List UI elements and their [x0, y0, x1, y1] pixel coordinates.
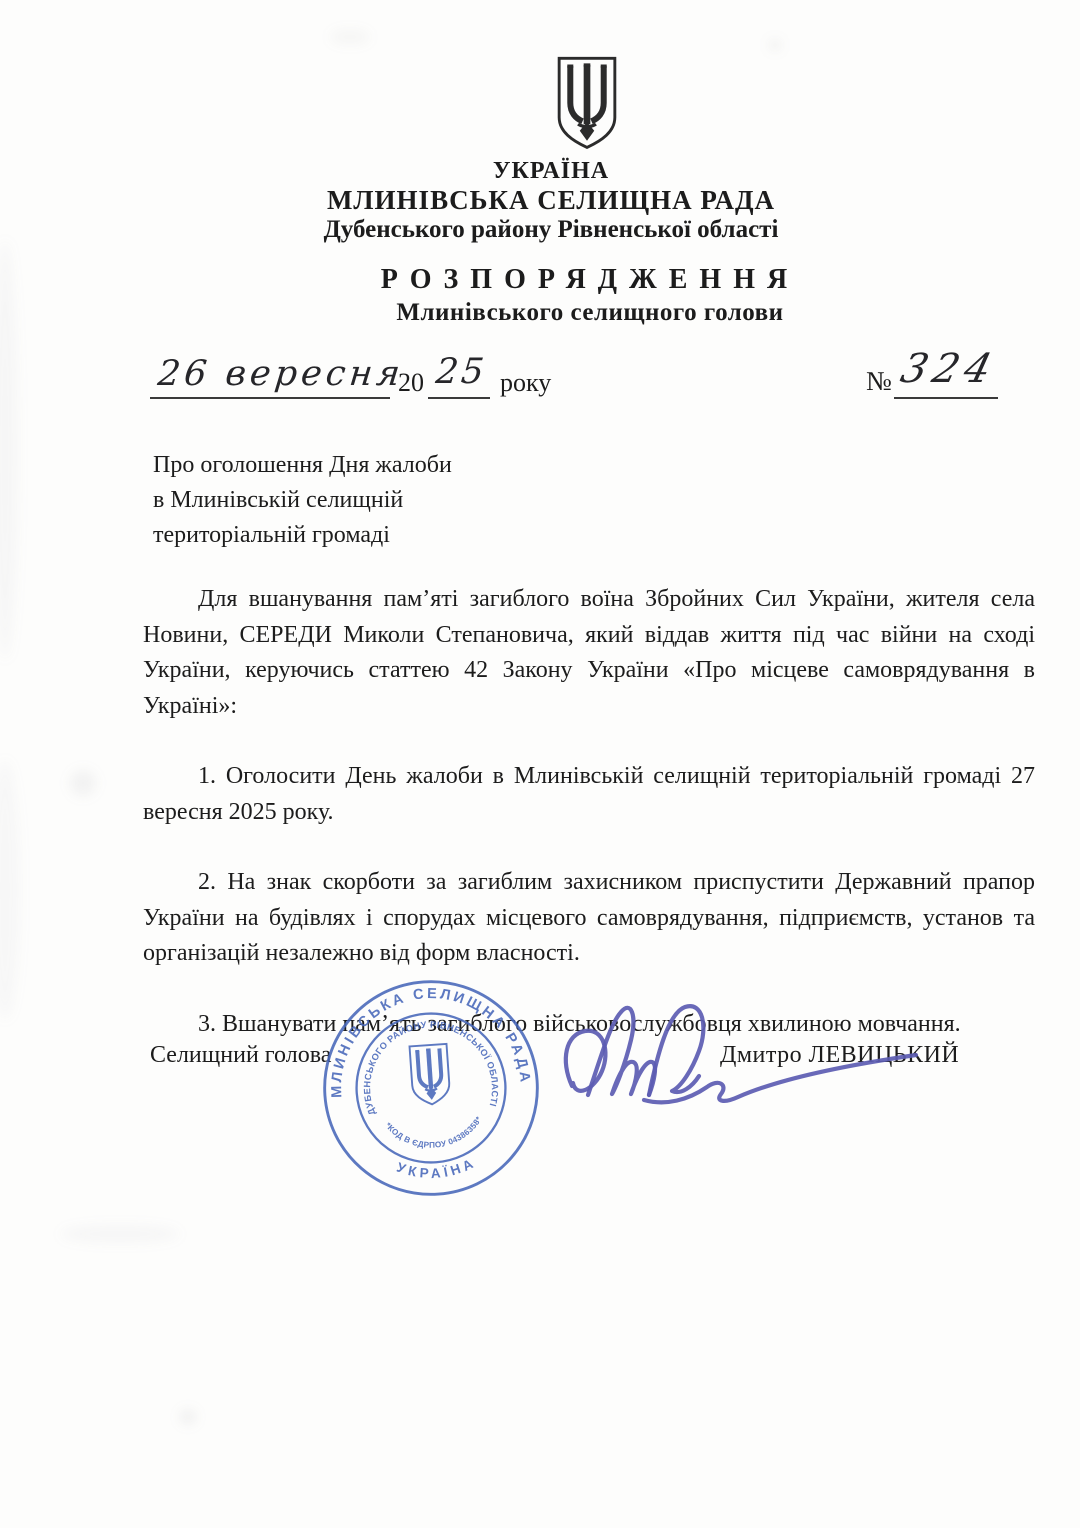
coat-of-arms-trident-icon [551, 55, 623, 153]
scan-artifact [330, 30, 370, 44]
scan-artifact [60, 1225, 180, 1243]
svg-text:МЛИНІВСЬКА СЕЛИЩНА РАДА: МЛИНІВСЬКА СЕЛИЩНА РАДА [322, 979, 533, 1099]
date-underline [150, 397, 390, 399]
seal-trident-icon [410, 1044, 451, 1106]
scan-artifact [180, 1410, 196, 1424]
handwritten-date: 26 вересня [156, 354, 406, 394]
date-and-number-row: 26 вересня 20 25 року № 324 [0, 352, 1080, 412]
number-underline [894, 397, 998, 399]
district-name: Дубенського району Рівненської області [22, 215, 1080, 245]
subject-line: в Млинівській селищній [153, 483, 452, 518]
seal-outer-top-text: МЛИНІВСЬКА СЕЛИЩНА РАДА [322, 979, 533, 1099]
order-item-1: 1. Оголосити День жалоби в Млинівській с… [143, 759, 1035, 830]
handwritten-number: 324 [896, 346, 1002, 392]
letterhead: УКРАЇНА МЛИНІВСЬКА СЕЛИЩНА РАДА Дубенськ… [0, 157, 1080, 245]
subject-block: Про оголошення Дня жалоби в Млинівській … [153, 448, 452, 553]
document-subtitle: Млинівського селищного голови [100, 297, 1080, 329]
handwritten-year: 25 [434, 352, 489, 392]
document-type-title: РОЗПОРЯДЖЕННЯ [100, 263, 1080, 297]
handwritten-signature [558, 998, 938, 1113]
preamble-paragraph: Для вшанування пам’яті загиблого воїна З… [143, 582, 1035, 724]
scan-artifact [70, 770, 96, 796]
scan-artifact [770, 40, 780, 50]
country-name: УКРАЇНА [22, 157, 1080, 185]
council-name: МЛИНІВСЬКА СЕЛИЩНА РАДА [22, 185, 1080, 215]
order-item-2: 2. На знак скорботи за загиблим захисник… [143, 865, 1035, 972]
official-round-seal: МЛИНІВСЬКА СЕЛИЩНА РАДА УКРАЇНА ДУБЕНСЬК… [307, 964, 555, 1212]
document-page: УКРАЇНА МЛИНІВСЬКА СЕЛИЩНА РАДА Дубенськ… [0, 0, 1080, 1528]
document-title-block: РОЗПОРЯДЖЕННЯ Млинівського селищного гол… [0, 263, 1080, 329]
subject-line: Про оголошення Дня жалоби [153, 448, 452, 483]
printed-century: 20 [398, 368, 424, 398]
subject-line: територіальній громаді [153, 518, 452, 553]
seal-inner-bottom-text: *КОД В ЄДРПОУ 04386358* [383, 1114, 486, 1153]
svg-text:*КОД В ЄДРПОУ 04386358*: *КОД В ЄДРПОУ 04386358* [383, 1114, 486, 1153]
document-body: Для вшанування пам’яті загиблого воїна З… [143, 582, 1035, 1042]
number-sign: № [866, 366, 892, 397]
year-underline [428, 397, 490, 399]
year-word: року [500, 368, 551, 398]
signer-position-label: Селищний голова [150, 1042, 331, 1069]
scan-artifact [0, 760, 20, 1020]
